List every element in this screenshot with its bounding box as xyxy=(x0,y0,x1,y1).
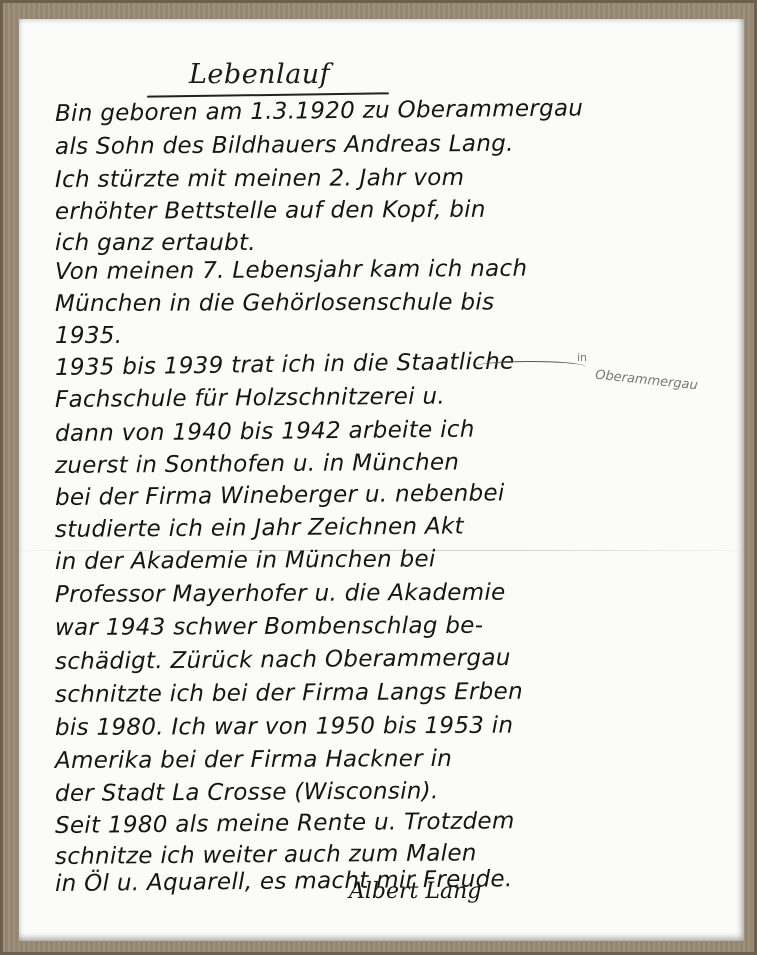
handwritten-letter-page: Lebenlauf Bin geboren am 1.3.1920 zu Obe… xyxy=(19,19,744,941)
text-line: schädigt. Zürück nach Oberammergau xyxy=(55,645,511,675)
text-line: Fachschule für Holzschnitzerei u. xyxy=(55,384,445,413)
margin-caret-text: in xyxy=(577,351,587,364)
margin-note: Oberammergau xyxy=(594,368,698,394)
insertion-caret-mark xyxy=(475,361,585,372)
text-line: Von meinen 7. Lebensjahr kam ich nach xyxy=(55,256,527,285)
text-line: studierte ich ein Jahr Zeichnen Akt xyxy=(55,513,464,543)
text-line: ich ganz ertaubt. xyxy=(55,230,256,256)
text-line: Amerika bei der Firma Hackner in xyxy=(55,746,452,774)
text-line: 1935. xyxy=(55,323,122,349)
text-line: 1935 bis 1939 trat ich in die Staatliche xyxy=(55,349,515,381)
text-line: dann von 1940 bis 1942 arbeite ich xyxy=(55,417,475,447)
text-line: schnitze ich weiter auch zum Malen xyxy=(55,840,477,870)
text-line: München in die Gehörlosenschule bis xyxy=(55,289,494,317)
text-line: in der Akademie in München bei xyxy=(55,546,436,575)
text-line: Seit 1980 als meine Rente u. Trotzdem xyxy=(55,808,515,839)
text-line: Professor Mayerhofer u. die Akademie xyxy=(55,580,506,608)
text-line: bei der Firma Wineberger u. nebenbei xyxy=(55,480,505,511)
text-line: als Sohn des Bildhauers Andreas Lang. xyxy=(55,131,514,160)
document-title: Lebenlauf xyxy=(189,59,330,90)
text-line: zuerst in Sonthofen u. in München xyxy=(55,449,459,479)
text-line: der Stadt La Crosse (Wisconsin). xyxy=(55,778,439,807)
picture-frame: Lebenlauf Bin geboren am 1.3.1920 zu Obe… xyxy=(0,0,757,955)
text-line: Bin geboren am 1.3.1920 zu Oberammergau xyxy=(55,95,584,127)
text-line: erhöhter Bettstelle auf den Kopf, bin xyxy=(55,197,486,225)
text-line: war 1943 schwer Bombenschlag be- xyxy=(55,613,483,641)
signature: Albert Lang xyxy=(349,879,481,904)
text-line: Ich stürzte mit meinen 2. Jahr vom xyxy=(55,165,464,193)
text-line: schnitzte ich bei der Firma Langs Erben xyxy=(55,679,523,708)
text-line: bis 1980. Ich war von 1950 bis 1953 in xyxy=(55,713,513,741)
